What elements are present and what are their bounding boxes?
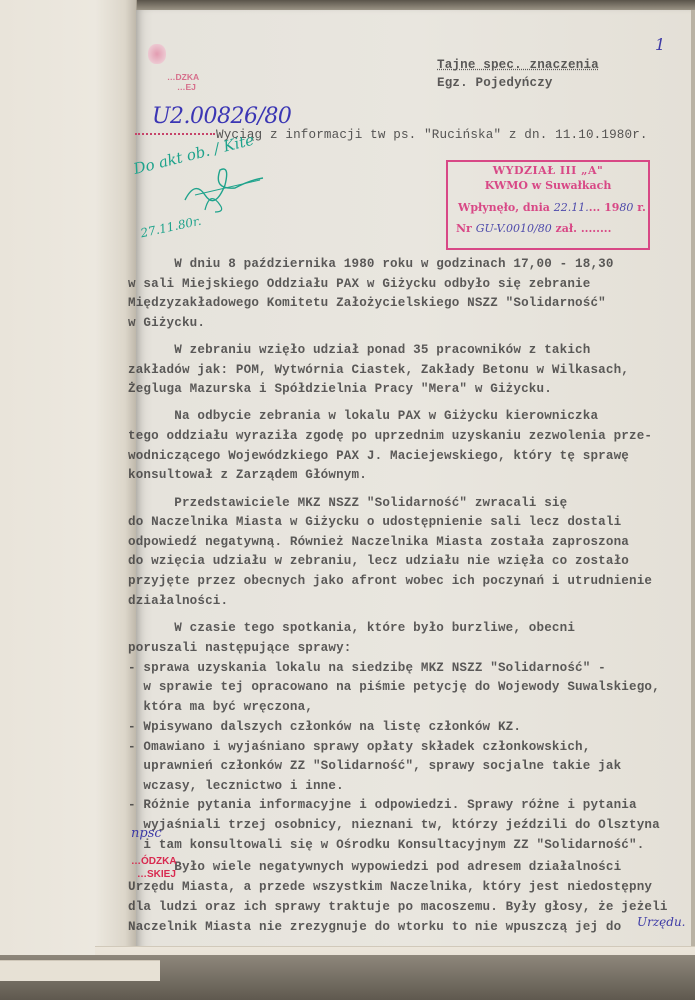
body-line: odpowiedź negatywną. Również Naczelnika … xyxy=(128,535,629,549)
body-line: wyjaśniali trzej osobnicy, nieznani tw, … xyxy=(128,818,660,832)
attachment-label: zał. ........ xyxy=(556,222,612,235)
copy-designation: Egz. Pojedyńczy xyxy=(437,76,553,90)
body-line: Urzędu Miasta, a przede wszystkim Naczel… xyxy=(128,880,652,894)
body-line: w sprawie tej opracowano na piśmie petyc… xyxy=(128,680,660,694)
body-line: - Różnie pytania informacyjne i odpowied… xyxy=(128,798,637,812)
date-label: Wpłynęło, dnia xyxy=(458,201,550,214)
body-line: Przedstawiciele MKZ NSZZ "Solidarność" z… xyxy=(128,496,567,510)
left-facing-page xyxy=(0,0,137,975)
number-handwritten: GU-V.0010/80 xyxy=(476,222,552,235)
stamp-number: Nr GU-V.0010/80 zał. ........ xyxy=(456,222,656,235)
body-line: Na odbycie zebrania w lokalu PAX w Giżyc… xyxy=(128,409,598,423)
body-line: - sprawa uzyskania lokalu na siedzibę MK… xyxy=(128,661,606,675)
body-line: i tam konsultowali się w Ośrodku Konsult… xyxy=(128,838,644,852)
handwritten-ending: Urzędu. xyxy=(637,915,686,929)
body-line: do wzięcia udziału w zebraniu, lecz udzi… xyxy=(128,554,629,568)
body-line: wczasy, lecznictwo i inne. xyxy=(128,779,344,793)
department-stamp-top: …DZKA …EJ xyxy=(153,72,199,92)
body-line: W czasie tego spotkania, które było burz… xyxy=(128,621,575,635)
body-line: dla ludzi oraz ich sprawy traktuje po ma… xyxy=(128,900,668,914)
stamp-line: …ÓDZKA xyxy=(131,855,177,868)
eagle-emblem-icon xyxy=(148,44,166,64)
body-line: - Wpisywano dalszych członków na listę c… xyxy=(128,720,521,734)
body-line: W zebraniu wzięło udział ponad 35 pracow… xyxy=(128,343,590,357)
stamp-received-date: Wpłynęło, dnia 22.11.... 1980 r. xyxy=(458,201,658,214)
stamp-dotted-line xyxy=(135,133,215,135)
stamp-line: …EJ xyxy=(153,82,199,92)
date-handwritten: 22.11. xyxy=(554,201,589,214)
body-line: Żegluga Mazurska i Spółdzielnia Pracy "M… xyxy=(128,382,552,396)
body-line: - Omawiano i wyjaśniano sprawy opłaty sk… xyxy=(128,740,590,754)
body-line: uprawnień członków ZZ "Solidarność", spr… xyxy=(128,759,621,773)
department-stamp-bottom: …ÓDZKA …SKIEJ xyxy=(131,855,177,881)
body-line: konsultował z Zarządem Głównym. xyxy=(128,468,367,482)
binder-top-edge xyxy=(136,0,695,10)
body-line: przyjęte przez obecnych jako afront wobe… xyxy=(128,574,652,588)
body-line: zakładów jak: POM, Wytwórnia Ciastek, Za… xyxy=(128,363,629,377)
page-number: 1 xyxy=(655,35,665,54)
body-line: Międzyzakładowego Komitetu Założycielski… xyxy=(128,296,606,310)
signature-scribble-icon xyxy=(175,150,270,215)
stamp-line: …DZKA xyxy=(153,72,199,82)
left-page-bottom-edge xyxy=(0,960,160,981)
classification-heading: Tajne spec. znaczenia xyxy=(437,58,599,72)
body-line: działalności. xyxy=(128,594,228,608)
stamp-line: …SKIEJ xyxy=(131,868,177,881)
registration-number: U2.00826/80 xyxy=(152,104,291,129)
page-right-edge xyxy=(691,10,695,970)
margin-handwriting: npsc xyxy=(131,826,162,841)
year-suffix: r. xyxy=(637,201,646,214)
year-prefix: 19 xyxy=(604,201,619,214)
body-line: do Naczelnika Miasta w Giżycku o udostęp… xyxy=(128,515,621,529)
body-line: w sali Miejskiego Oddziału PAX w Giżycku… xyxy=(128,277,590,291)
body-line: tego oddziału wyraziła zgodę po uprzedni… xyxy=(128,429,652,443)
body-line: wodniczącego Wojewódzkiego PAX J. Maciej… xyxy=(128,449,629,463)
number-label: Nr xyxy=(456,222,472,235)
year-handwritten: 80 xyxy=(619,201,633,214)
body-line: W dniu 8 października 1980 roku w godzin… xyxy=(128,257,614,271)
stamp-office: KWMO w Suwałkach xyxy=(448,179,648,192)
body-line: poruszali następujące sprawy: xyxy=(128,641,352,655)
body-line: Naczelnik Miasta nie zrezygnuje do wtork… xyxy=(128,920,621,934)
body-line: Było wiele negatywnych wypowiedzi pod ad… xyxy=(128,860,621,874)
received-stamp: WYDZIAŁ III „A" KWMO w Suwałkach Wpłynęł… xyxy=(446,160,650,250)
document-title: Wyciąg z informacji tw ps. "Rucińska" z … xyxy=(216,128,648,142)
body-line: która ma być wręczona, xyxy=(128,700,313,714)
stamp-department: WYDZIAŁ III „A" xyxy=(448,164,648,177)
body-line: w Giżycku. xyxy=(128,316,205,330)
